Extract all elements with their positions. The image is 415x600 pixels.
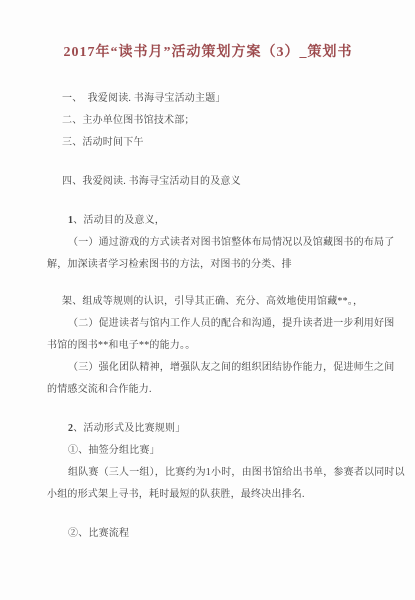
line-text: （三）强化团队精神，增强队友之间的组织团结协作能力，促进师生之间 <box>68 362 394 373</box>
doc-line-item-1: 一、 我爱阅读. 书海寻宝活动主题」 <box>47 88 377 110</box>
doc-line-heading-1: 1、活动目的及意义， <box>47 210 377 232</box>
doc-line-heading-2: 2、活动形式及比赛规则」 <box>47 418 377 440</box>
line-text: 解，加深读者学习检索图书的方法，对图书的分类、排 <box>47 259 292 270</box>
doc-line-para: 组队赛（三人一组），比赛约为1小时，由图书馆给出书单，参赛者以同时以 <box>47 462 377 484</box>
doc-line-item-4: 四、我爱阅读. 书海寻宝活动目的及意义 <box>47 171 377 193</box>
doc-line-subheading-1: ①、抽签分组比赛」 <box>47 440 377 462</box>
line-text: 、活动目的及意义， <box>73 215 165 226</box>
line-text: （二）促进读者与馆内工作人员的配合和沟通，提升读者进一步利用好图 <box>68 318 394 329</box>
line-text: 组队赛（三人一组），比赛约为1小时，由图书馆给出书单，参赛者以同时以 <box>68 467 405 478</box>
line-text: 书馆的图书**和电子**的能力。。 <box>47 340 195 351</box>
line-text: 的情感交流和合作能力. <box>47 384 152 395</box>
line-text: 四、我爱阅读. 书海寻宝活动目的及意义 <box>62 176 241 187</box>
doc-line-subheading-2: ②、比赛流程 <box>47 523 377 545</box>
doc-line-para: （一）通过游戏的方式读者对图书馆整体布局情况以及馆藏图书的布局了 <box>47 232 377 254</box>
doc-line-para: 书馆的图书**和电子**的能力。。 <box>47 335 377 357</box>
line-text: 、活动形式及比赛规则」 <box>73 423 185 434</box>
line-text: 二、主办单位图书馆技术部； <box>62 115 195 126</box>
line-text: 架、组成等规则的认识，引导其正确、充分、高效地使用馆藏**。， <box>62 296 363 307</box>
doc-line-para: 解，加深读者学习检索图书的方法，对图书的分类、排 <box>47 254 377 276</box>
doc-line-para: （二）促进读者与馆内工作人员的配合和沟通，提升读者进一步利用好图 <box>47 313 377 335</box>
line-text: ①、抽签分组比赛」 <box>68 445 160 456</box>
doc-line-item-2: 二、主办单位图书馆技术部； <box>47 110 377 132</box>
line-text: （一）通过游戏的方式读者对图书馆整体布局情况以及馆藏图书的布局了 <box>68 237 394 248</box>
line-text: 三、活动时间下午 <box>62 137 144 148</box>
doc-line-item-3: 三、活动时间下午 <box>47 132 377 154</box>
line-text: 一、 我爱阅读. 书海寻宝活动主题」 <box>62 93 226 104</box>
doc-line-para: 的情感交流和合作能力. <box>47 379 377 401</box>
doc-line-para: 小组的形式架上寻书，耗时最短的队获胜，最终决出排名. <box>47 484 377 506</box>
doc-line-para: 架、组成等规则的认识，引导其正确、充分、高效地使用馆藏**。， <box>47 291 377 313</box>
line-text: 小组的形式架上寻书，耗时最短的队获胜，最终决出排名. <box>47 489 305 500</box>
doc-line-para: （三）强化团队精神，增强队友之间的组织团结协作能力，促进师生之间 <box>47 357 377 379</box>
document-title: 2017年“读书月”活动策划方案（3）_策划书 <box>39 44 377 61</box>
line-text: ②、比赛流程 <box>68 528 129 539</box>
document-page: 2017年“读书月”活动策划方案（3）_策划书 一、 我爱阅读. 书海寻宝活动主… <box>0 0 415 600</box>
